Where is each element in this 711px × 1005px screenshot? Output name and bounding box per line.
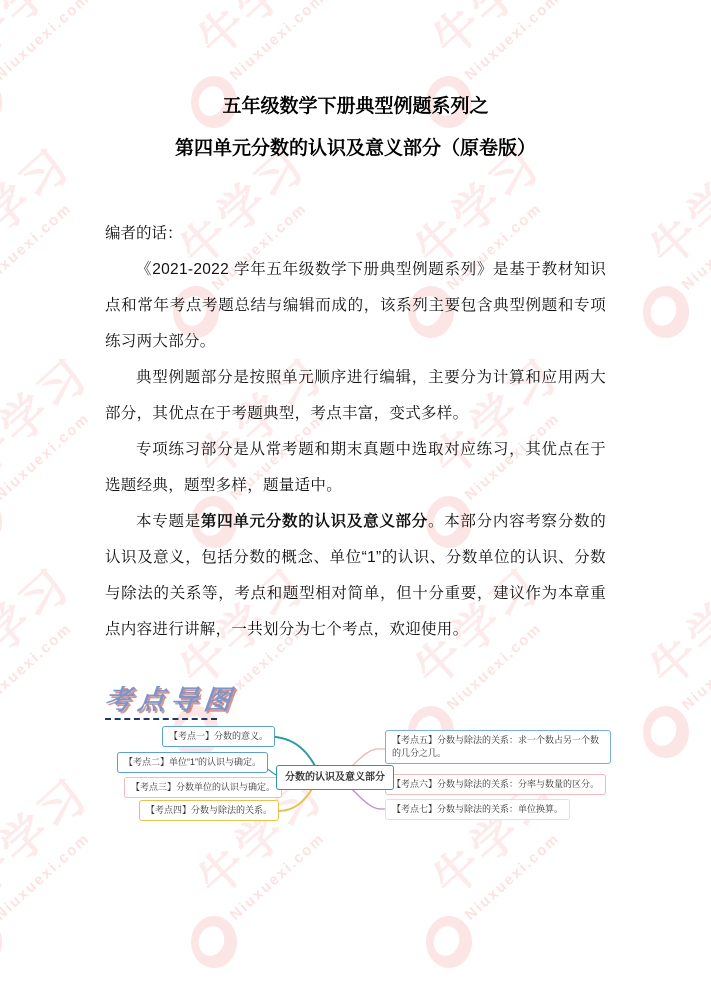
watermark-brand-text: 牛学习: [633, 130, 711, 279]
bold-topic-phrase: 第四单元分数的认识及意义部分: [201, 513, 428, 530]
mindmap-center-node: 分数的认识及意义部分: [276, 765, 394, 790]
watermark-tile: 牛学习 Niuxuexi.com: [637, 588, 711, 798]
mindmap-node-5: 【考点五】分数与除法的关系：求一个数占另一个数的几分之几。: [385, 730, 611, 764]
niuxuexi-logo-icon: [426, 916, 472, 968]
watermark-brand-text: 牛学习: [416, 0, 572, 70]
mindmap-diagram: 【考点一】分数的意义。 【考点二】单位“1”的认识与确定。 【考点三】分数单位的…: [100, 718, 610, 836]
niuxuexi-logo-icon: [643, 706, 689, 758]
document-content: 五年级数学下册典型例题系列之 第四单元分数的认识及意义部分（原卷版） 编者的话：…: [105, 86, 606, 648]
watermark-brand-text: 牛学习: [0, 340, 102, 489]
mindmap-node-3: 【考点三】分数单位的认识与确定。: [124, 777, 282, 798]
watermark-brand-text: 牛学习: [0, 130, 84, 279]
paragraph-1: 《2021-2022 学年五年级数学下册典型例题系列》是基于教材知识点和常年考点…: [105, 252, 606, 360]
watermark-domain-text: Niuxuexi.com: [679, 181, 711, 294]
paragraph-3: 专项练习部分是从常考题和期末真题中选取对应练习，其优点在于选题经典，题型多样，题…: [105, 432, 606, 504]
mindmap-header-title: 考点导图: [103, 678, 239, 717]
watermark-brand-text: 牛学习: [633, 550, 711, 699]
watermark-brand-text: 牛学习: [0, 760, 102, 909]
mindmap-node-7: 【考点七】分数与除法的关系：单位换算。: [385, 799, 570, 820]
watermark-brand-text: 牛学习: [181, 0, 337, 70]
watermark-domain-text: Niuxuexi.com: [462, 0, 585, 84]
mindmap-node-2: 【考点二】单位“1”的认识与确定。: [117, 752, 268, 773]
watermark-domain-text: Niuxuexi.com: [679, 601, 711, 714]
niuxuexi-logo-icon: [0, 496, 2, 548]
mindmap-node-1: 【考点一】分数的意义。: [162, 726, 275, 747]
watermark-tile: 牛学习 Niuxuexi.com: [637, 168, 711, 378]
watermark-domain-text: Niuxuexi.com: [0, 181, 97, 294]
connector-node-7: [352, 789, 385, 809]
niuxuexi-logo-icon: [643, 286, 689, 338]
title-line-2: 第四单元分数的认识及意义部分（原卷版）: [175, 138, 536, 159]
page-title: 五年级数学下册典型例题系列之 第四单元分数的认识及意义部分（原卷版）: [105, 86, 606, 170]
watermark-domain-text: Niuxuexi.com: [0, 811, 115, 924]
document-page: 牛学习 Niuxuexi.com 牛学习 Niuxuexi.com 牛学习 Ni…: [0, 0, 711, 1005]
mindmap-node-6: 【考点六】分数与除法的关系：分率与数量的区分。: [385, 774, 606, 795]
mindmap-node-4: 【考点四】分数与除法的关系。: [139, 800, 279, 821]
connector-node-5: [352, 749, 385, 766]
watermark-domain-text: Niuxuexi.com: [0, 601, 97, 714]
paragraph-4: 本专题是第四单元分数的认识及意义部分。本部分内容考察分数的认识及意义，包括分数的…: [105, 504, 606, 648]
mindmap-header: 考点导图: [105, 678, 237, 720]
watermark-brand-text: 牛学习: [0, 0, 102, 70]
niuxuexi-logo-icon: [0, 916, 2, 968]
watermark-domain-text: Niuxuexi.com: [0, 391, 115, 504]
editor-note-heading: 编者的话：: [105, 216, 606, 252]
niuxuexi-logo-icon: [191, 916, 237, 968]
niuxuexi-logo-icon: [0, 76, 2, 128]
watermark-domain-text: Niuxuexi.com: [227, 0, 350, 84]
watermark-brand-text: 牛学习: [0, 550, 84, 699]
paragraph-2: 典型例题部分是按照单元顺序进行编辑，主要分为计算和应用两大部分，其优点在于考题典…: [105, 360, 606, 432]
watermark-domain-text: Niuxuexi.com: [0, 0, 115, 84]
title-line-1: 五年级数学下册典型例题系列之: [222, 96, 488, 117]
